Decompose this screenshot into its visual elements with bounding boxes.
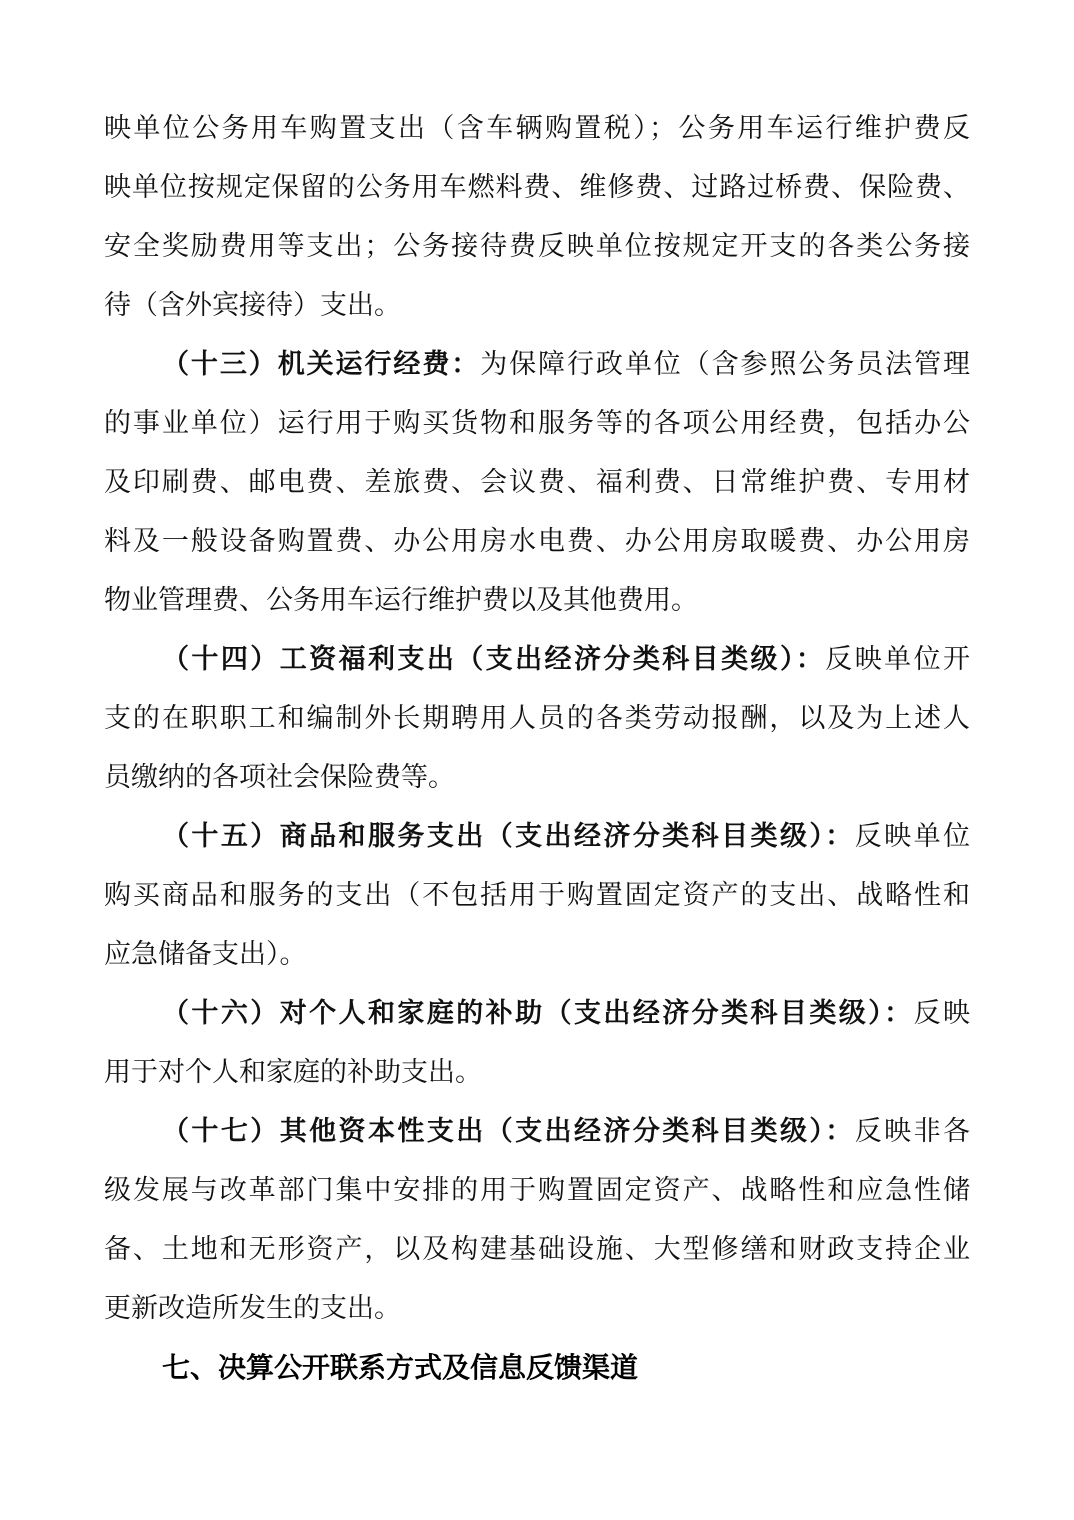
para-15-goods-services-expenditure: （十五）商品和服务支出（支出经济分类科目类级）：反映单位购买商品和服务的支出（不… (104, 807, 970, 984)
text-line: 用于对个人和家庭的补助支出。 (104, 1043, 970, 1102)
text-line: （十七）其他资本性支出（支出经济分类科目类级）：反映非各 (104, 1102, 970, 1161)
text-line: （十四）工资福利支出（支出经济分类科目类级）：反映单位开 (104, 630, 970, 689)
text-line: 及印刷费、邮电费、差旅费、会议费、福利费、日常维护费、专用材 (104, 453, 970, 512)
text-line: 映单位公务用车购置支出（含车辆购置税）；公务用车运行维护费反 (104, 99, 970, 158)
text-line: 七、决算公开联系方式及信息反馈渠道 (104, 1338, 970, 1397)
section-heading-7-contact-and-feedback: 七、决算公开联系方式及信息反馈渠道 (104, 1338, 970, 1397)
document-page: 映单位公务用车购置支出（含车辆购置税）；公务用车运行维护费反映单位按规定保留的公… (0, 0, 1074, 1520)
para-vehicle-and-reception-expense-continuation: 映单位公务用车购置支出（含车辆购置税）；公务用车运行维护费反映单位按规定保留的公… (104, 99, 970, 335)
text-line: 物业管理费、公务用车运行维护费以及其他费用。 (104, 571, 970, 630)
para-14-wage-welfare-expenditure: （十四）工资福利支出（支出经济分类科目类级）：反映单位开支的在职职工和编制外长期… (104, 630, 970, 807)
text-line: 备、土地和无形资产，以及构建基础设施、大型修缮和财政支持企业 (104, 1220, 970, 1279)
text-line: 应急储备支出）。 (104, 925, 970, 984)
text-line: 级发展与改革部门集中安排的用于购置固定资产、战略性和应急性储 (104, 1161, 970, 1220)
text-line: 购买商品和服务的支出（不包括用于购置固定资产的支出、战略性和 (104, 866, 970, 925)
text-line: （十六）对个人和家庭的补助（支出经济分类科目类级）：反映 (104, 984, 970, 1043)
para-16-subsidies-individuals-families: （十六）对个人和家庭的补助（支出经济分类科目类级）：反映用于对个人和家庭的补助支… (104, 984, 970, 1102)
text-line: 的事业单位）运行用于购买货物和服务等的各项公用经费，包括办公 (104, 394, 970, 453)
paragraph-lead: （十四）工资福利支出（支出经济分类科目类级）： (162, 644, 825, 674)
text-line: 待（含外宾接待）支出。 (104, 276, 970, 335)
paragraph-lead: （十七）其他资本性支出（支出经济分类科目类级）： (162, 1116, 855, 1146)
para-13-agency-operating-expense: （十三）机关运行经费：为保障行政单位（含参照公务员法管理的事业单位）运行用于购买… (104, 335, 970, 630)
text-line: 安全奖励费用等支出；公务接待费反映单位按规定开支的各类公务接 (104, 217, 970, 276)
para-17-other-capital-expenditure: （十七）其他资本性支出（支出经济分类科目类级）：反映非各级发展与改革部门集中安排… (104, 1102, 970, 1338)
text-line: 料及一般设备购置费、办公用房水电费、办公用房取暖费、办公用房 (104, 512, 970, 571)
paragraph-lead: （十三）机关运行经费： (162, 349, 480, 379)
paragraph-lead: （十六）对个人和家庭的补助（支出经济分类科目类级）： (162, 998, 914, 1028)
text-line: （十五）商品和服务支出（支出经济分类科目类级）：反映单位 (104, 807, 970, 866)
text-line: （十三）机关运行经费：为保障行政单位（含参照公务员法管理 (104, 335, 970, 394)
text-line: 更新改造所发生的支出。 (104, 1279, 970, 1338)
text-line: 员缴纳的各项社会保险费等。 (104, 748, 970, 807)
text-line: 支的在职职工和编制外长期聘用人员的各类劳动报酬，以及为上述人 (104, 689, 970, 748)
document-body: 映单位公务用车购置支出（含车辆购置税）；公务用车运行维护费反映单位按规定保留的公… (104, 99, 970, 1397)
paragraph-lead: （十五）商品和服务支出（支出经济分类科目类级）： (162, 821, 855, 851)
text-line: 映单位按规定保留的公务用车燃料费、维修费、过路过桥费、保险费、 (104, 158, 970, 217)
